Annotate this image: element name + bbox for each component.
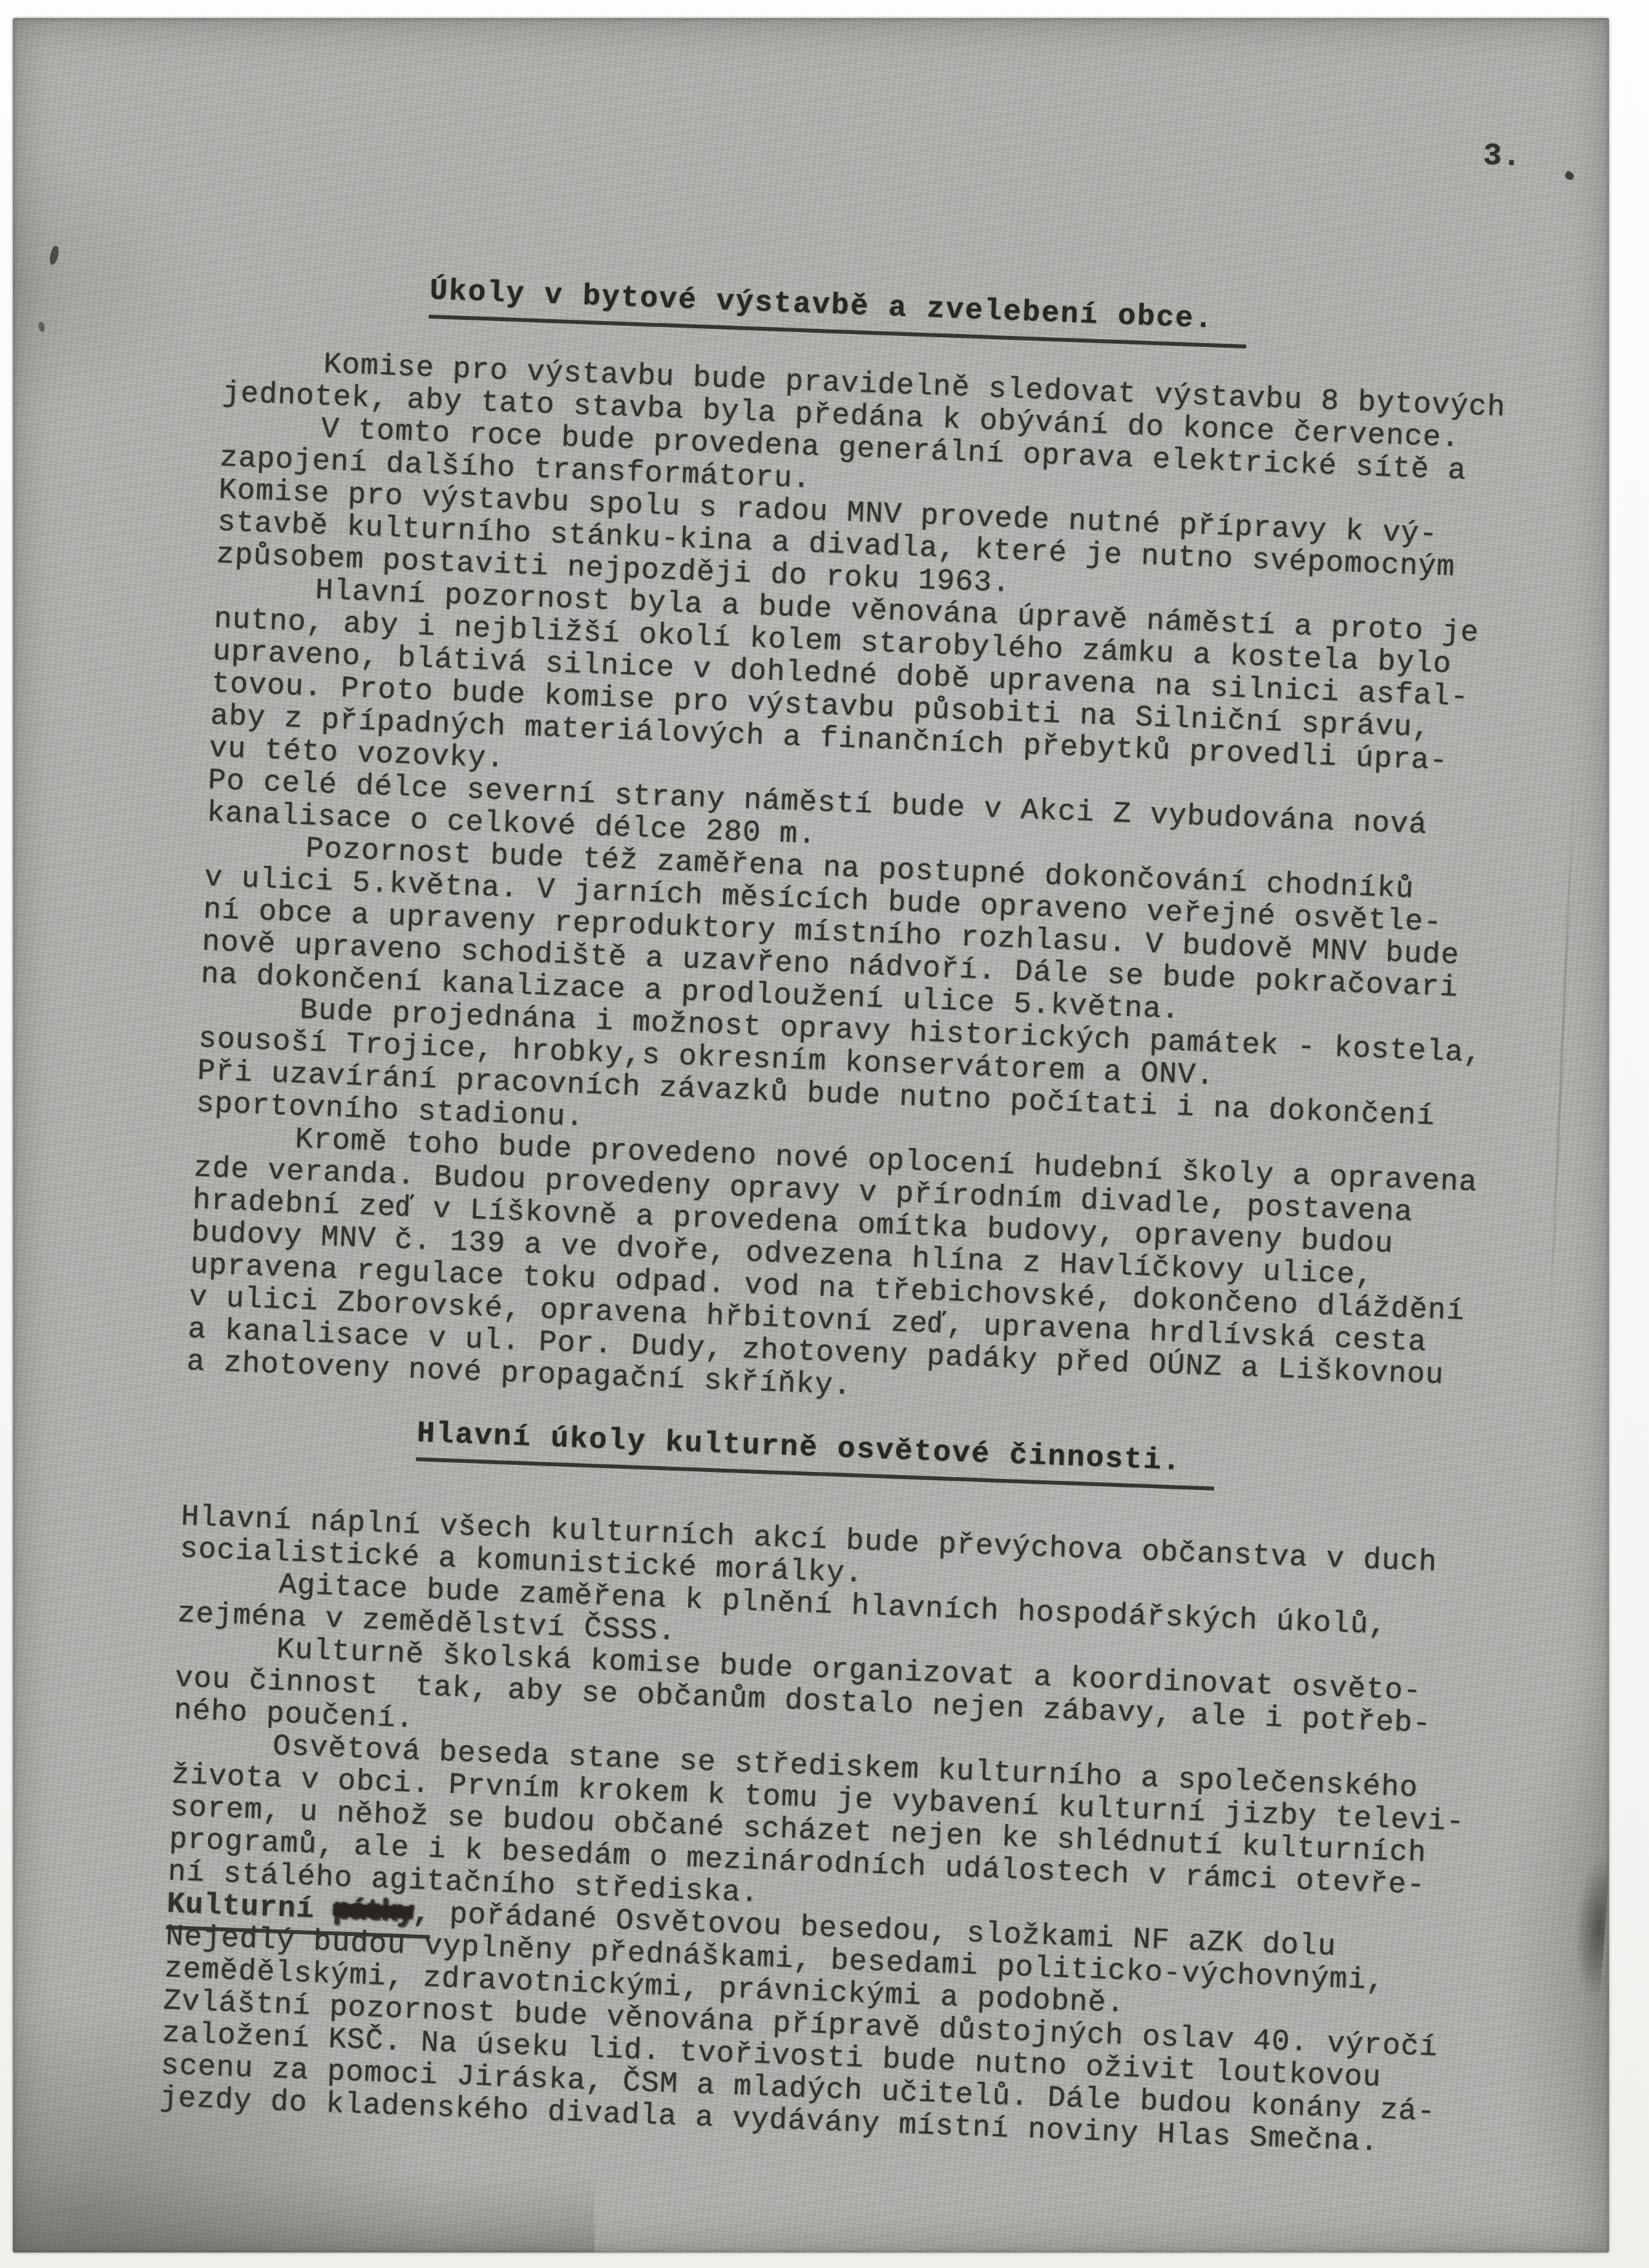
paper-stain (48, 245, 61, 266)
section-heading-text: Úkoly v bytové výstavbě a zvelebení obce… (428, 275, 1247, 348)
paragraph: Kromě toho bude provedeno nové oplocení … (186, 1120, 1513, 1426)
paper-shadow (13, 2170, 594, 2252)
scan-background: 3. Úkoly v bytové výstavbě a zvelebení o… (0, 0, 1649, 2268)
document-body: Úkoly v bytové výstavbě a zvelebení obce… (159, 267, 1544, 2162)
section-heading-2: Hlavní úkoly kulturně osvětové činnosti. (416, 1417, 1502, 1501)
section-heading-text: Hlavní úkoly kulturně osvětové činnosti. (416, 1417, 1216, 1490)
section-heading-1: Úkoly v bytové výstavbě a zvelebení obce… (428, 275, 1544, 359)
paper-crease (1548, 761, 1576, 1355)
struck-word: pátky (333, 1893, 414, 1929)
page-content: 3. Úkoly v bytové výstavbě a zvelebení o… (159, 26, 1553, 2163)
paper-stain (1570, 1853, 1609, 2003)
page-number: 3. (232, 94, 1550, 175)
document-page: 3. Úkoly v bytové výstavbě a zvelebení o… (13, 18, 1609, 2252)
paper-stain (1564, 170, 1575, 181)
paper-stain (38, 321, 46, 332)
